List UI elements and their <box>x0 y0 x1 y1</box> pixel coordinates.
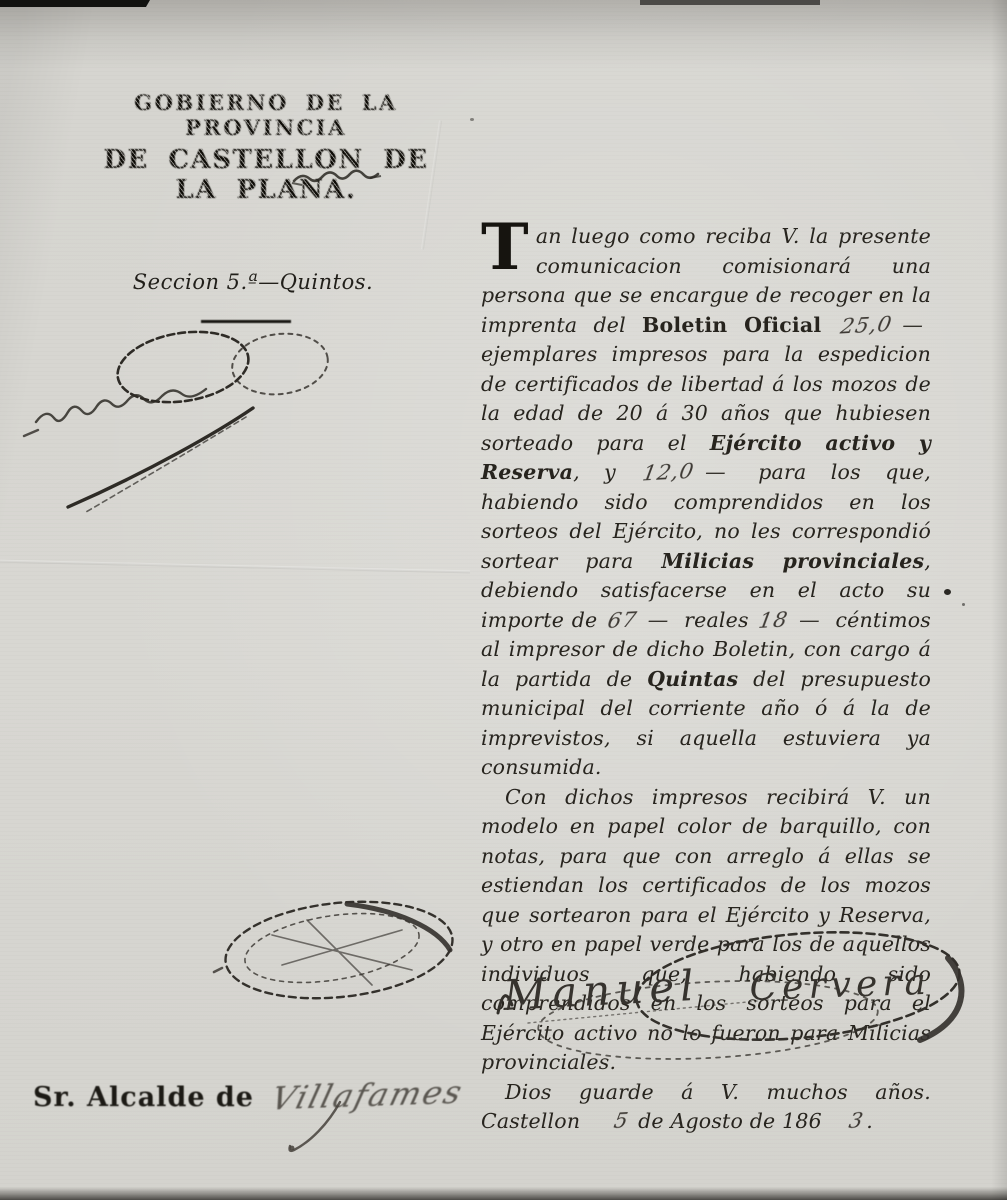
addressee-label: Sr. Alcalde de <box>33 1082 254 1113</box>
closing-text: de Agosto de 186 <box>631 1109 821 1133</box>
blank-line: — <box>697 458 734 488</box>
handwritten-reales: 67 <box>602 605 642 636</box>
scan-edge-bottom <box>0 1187 1007 1200</box>
signature-first-name: Manuel <box>501 961 701 1020</box>
blank-line: — <box>894 311 931 341</box>
letterhead-line2: DE CASTELLON DE LA PLANA. <box>88 145 444 205</box>
document-page: GOBIERNO DE LA PROVINCIA DE CASTELLON DE… <box>0 0 1007 1200</box>
ink-speck <box>944 589 951 595</box>
scan-edge-right <box>991 0 1007 1200</box>
boletin-oficial-label: Boletin Oficial <box>642 313 821 337</box>
paragraph-1: Tan luego como reciba V. la presente com… <box>481 222 931 783</box>
scan-edge-top-mid <box>640 0 820 5</box>
margin-signature-rubric <box>8 322 403 527</box>
secondary-rubric <box>212 890 467 1018</box>
drop-cap: T <box>481 222 536 274</box>
handwritten-year-digit: 3 <box>819 1106 869 1138</box>
blank-line: — <box>791 606 828 636</box>
blank-line: — <box>640 606 677 636</box>
ink-speck <box>962 603 965 606</box>
addressee-line: Sr. Alcalde de Villafames <box>33 1076 462 1114</box>
body-text-emphasis: Milicias provinciales <box>661 549 924 573</box>
letterhead-line1: GOBIERNO DE LA PROVINCIA <box>88 90 444 140</box>
handwritten-centimos: 18 <box>754 605 794 636</box>
paper-fold-crease <box>0 560 470 574</box>
body-text-emphasis: Quintas <box>647 667 738 691</box>
body-text: reales <box>684 608 749 632</box>
official-signature: Manuel Cervera <box>468 928 988 1063</box>
ink-speck <box>470 118 474 121</box>
letterhead-flourish-icon <box>290 168 385 190</box>
scan-edge-top-left <box>0 0 150 7</box>
section-label: Seccion 5.ª—Quintos. <box>128 270 378 294</box>
handwritten-copies-militia: 12,0 <box>637 457 700 489</box>
signature-last-name: Cervera <box>749 962 932 1009</box>
handwriting-flourish-tail <box>262 1098 382 1160</box>
letterhead: GOBIERNO DE LA PROVINCIA DE CASTELLON DE… <box>88 90 444 205</box>
paragraph-3: Dios guarde á V. muchos años. Castellon … <box>481 1078 931 1137</box>
handwritten-copies-army: 25,0 <box>835 309 898 341</box>
handwritten-day: 5 <box>584 1106 634 1138</box>
body-text: , y <box>573 460 640 484</box>
